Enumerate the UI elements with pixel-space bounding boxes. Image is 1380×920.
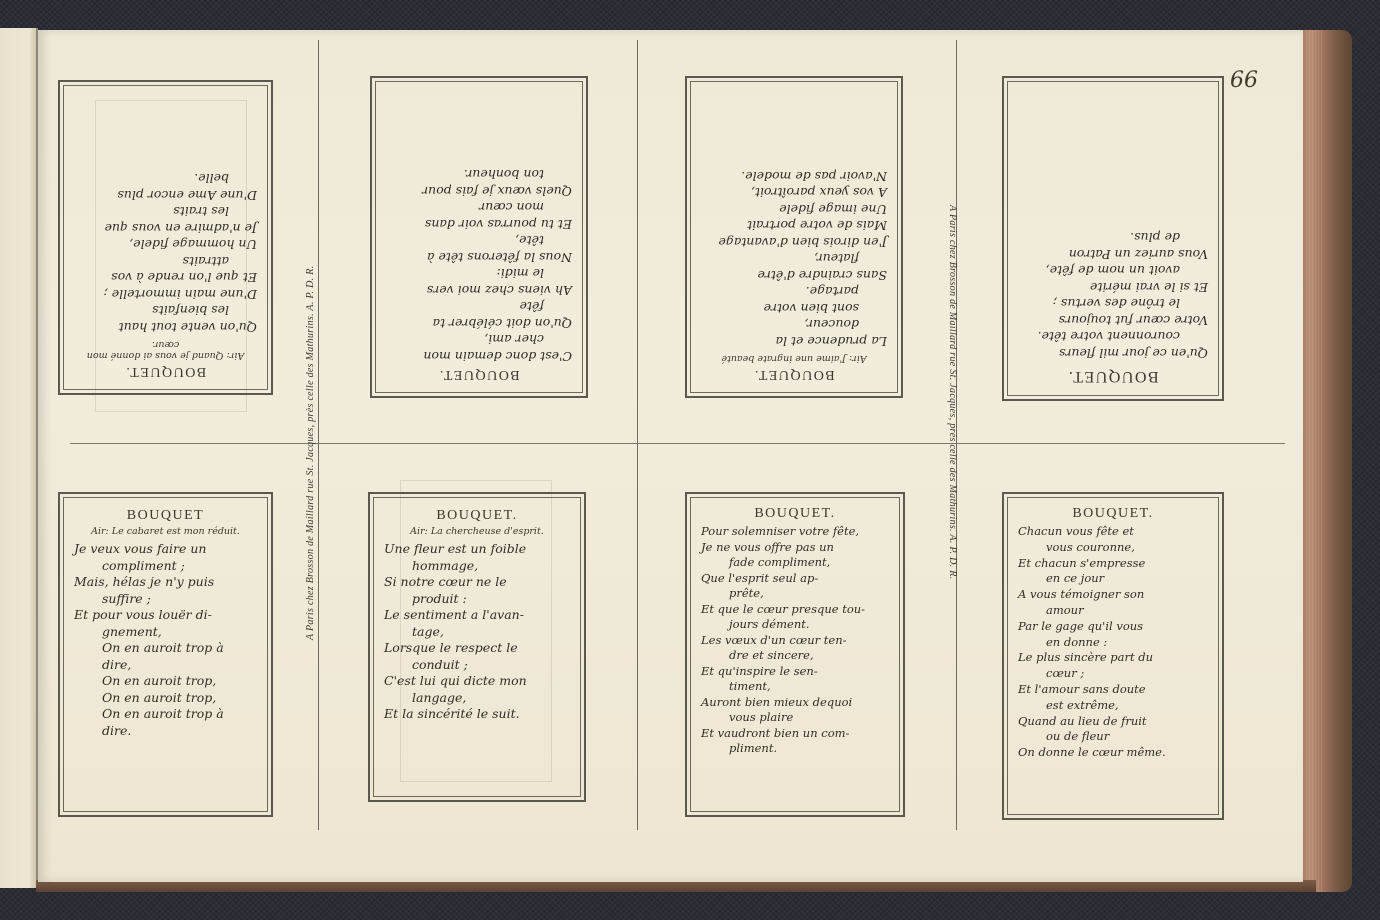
verse-line: Si notre cœur ne le [384,574,570,591]
verse-line: de plus. [1018,229,1208,246]
card-air: Air: Quand je vous ai donné mon cœur. [74,339,257,361]
verse-line: Qu'en ce jour mil fleurs [1018,345,1208,362]
divider-line [637,40,638,830]
bouquet-card-top-4: BOUQUET. Qu'en ce jour mil fleurs couron… [1002,76,1224,401]
verse-line: couronnent votre tête. [1018,328,1208,345]
verse-line: en donne : [1018,635,1208,651]
verse-line: On en auroit trop, [74,690,257,707]
verse-line: ton bonheur. [386,166,572,183]
verse-line: Mais, hélas je n'y puis [74,574,257,591]
verse-line: La prudence et la [701,333,887,350]
verse-line: dre et sincere, [701,648,889,664]
verse-line: Nous la fêterons tête à [386,249,572,266]
verse-line: Qu'on doit célébrer ta [386,315,572,332]
verse-line: partage. [701,283,887,300]
verse-line: cœur ; [1018,666,1208,682]
verse-line: Et qu'inspire le sen- [701,664,889,680]
verse-line: On en auroit trop, [74,673,257,690]
verse-line: dire. [74,723,257,740]
verse-line: Une fleur est un foible [384,541,570,558]
card-air: Air: J'aime une ingrate beauté [701,353,887,364]
verse-line: est extrême, [1018,698,1208,714]
verse-line: A vos yeux paroîtroit, [701,184,887,201]
verse-line: timent, [701,679,889,695]
verse-line: Sans craindre d'être [701,267,887,284]
verse-line: tête, [386,232,572,249]
verse-line: Et tu pourras voir dans [386,216,572,233]
verse-line: ou de fleur [1018,729,1208,745]
verse-line: Le sentiment a l'avan- [384,607,570,624]
verse-line: Et que l'on rende à vos [74,269,257,286]
verse-line: le trône des vertus ; [1018,295,1208,312]
verse-line: On en auroit trop à [74,640,257,657]
card-title: BOUQUET. [384,508,570,524]
verse-line: Et l'amour sans doute [1018,682,1208,698]
bouquet-card-bottom-1: BOUQUET Air: Le cabaret est mon réduit. … [58,492,273,817]
verse-line: Les vœux d'un cœur ten- [701,633,889,649]
verse-line: mon cœur [386,199,572,216]
verse-line: Votre cœur fut toujours [1018,312,1208,329]
verse-line: D'une main immortelle ; [74,286,257,303]
verse-line: sont bien votre [701,300,887,317]
verse-line: prête, [701,586,889,602]
verse-line: dire, [74,657,257,674]
verse-line: Et vaudront bien un com- [701,726,889,742]
publisher-imprint-right: A Paris chez Brosson de Maillard rue St.… [947,205,958,580]
verse-line: gnement, [74,624,257,641]
verse-line: amour [1018,603,1208,619]
verse-line: belle. [74,170,257,187]
card-title: BOUQUET. [701,366,887,382]
verse-line: attraits [74,253,257,270]
verse-line: Je ne vous offre pas un [701,540,889,556]
verse-line: Mais de votre portrait [701,217,887,234]
card-title: BOUQUET [74,508,257,524]
verse-line: Que l'esprit seul ap- [701,571,889,587]
verse-line: Je n'admire en vous que [74,220,257,237]
verse-line: langage, [384,690,570,707]
card-air: Air: La chercheuse d'esprit. [384,526,570,537]
verse-line: Auront bien mieux dequoi [701,695,889,711]
verse-line: Vous auriez un Patron [1018,246,1208,263]
divider-line [318,40,319,830]
verse-line: flateur, [701,250,887,267]
verse-line: Chacun vous fête et [1018,524,1208,540]
book-fore-edge [1300,30,1352,892]
bouquet-card-bottom-2: BOUQUET. Air: La chercheuse d'esprit. Un… [368,492,586,802]
verse-line: Je veux vous faire un [74,541,257,558]
verse-line: Par le gage qu'il vous [1018,619,1208,635]
verse-line: jours dément. [701,617,889,633]
page-number: 66 [1230,68,1258,93]
bouquet-card-top-3: BOUQUET. Air: J'aime une ingrate beauté … [685,76,903,398]
verse-line: C'est lui qui dicte mon [384,673,570,690]
verse-line: Qu'on vente tout haut [74,319,257,336]
verse-line: Le plus sincère part du [1018,650,1208,666]
verse-line: N'avoir pas de modele. [701,168,887,185]
verse-line: Et chacun s'empresse [1018,556,1208,572]
verse-line: C'est donc demain mon [386,348,572,365]
verse-line: tage, [384,624,570,641]
verse-line: Pour solemniser votre fête, [701,524,889,540]
verse-line: Et si le vrai mérite [1018,279,1208,296]
verse-line: On en auroit trop à [74,706,257,723]
verse-line: douceur, [701,316,887,333]
verse-line: produit : [384,591,570,608]
verse-line: hommage, [384,558,570,575]
verse-line: Quand au lieu de fruit [1018,714,1208,730]
verse-line: les bienfaits [74,302,257,319]
card-title: BOUQUET. [701,506,889,522]
publisher-imprint-left: A Paris chez Brosson de Maillard rue St.… [305,266,316,641]
card-air: Air: Le cabaret est mon réduit. [74,526,257,537]
verse-line: en ce jour [1018,571,1208,587]
verse-line: Une image fidele [701,201,887,218]
bouquet-card-bottom-4: BOUQUET. Chacun vous fête et vous couron… [1002,492,1224,820]
verse-line: A vous témoigner son [1018,587,1208,603]
verse-line: fade compliment, [701,555,889,571]
verse-line: J'en dirois bien d'avantage [701,234,887,251]
verse-line: pliment. [701,741,889,757]
verse-line: Un hommage fidele, [74,236,257,253]
card-title: BOUQUET. [1018,367,1208,385]
verse-line: D'une Ame encor plus [74,187,257,204]
verse-line: vous couronne, [1018,540,1208,556]
verse-line: Et la sincérité le suit. [384,706,570,723]
verse-line: fête [386,298,572,315]
card-title: BOUQUET. [1018,506,1208,522]
divider-line [70,443,1285,444]
verse-line: On donne le cœur même. [1018,745,1208,761]
verse-line: Ah viens chez moi vers [386,282,572,299]
verse-line: les traits [74,203,257,220]
verse-line: Et que le cœur presque tou- [701,602,889,618]
verse-line: Et pour vous louër di- [74,607,257,624]
verse-line: vous plaire [701,710,889,726]
verse-line: avoit un nom de fête, [1018,262,1208,279]
verse-line: Quels vœux je fais pour [386,183,572,200]
bouquet-card-bottom-3: BOUQUET. Pour solemniser votre fête, Je … [685,492,905,817]
card-title: BOUQUET. [386,366,572,382]
facing-page-edge [0,28,38,888]
bouquet-card-top-2: BOUQUET. C'est donc demain mon cher ami,… [370,76,588,398]
verse-line: suffire ; [74,591,257,608]
bouquet-card-top-1: BOUQUET. Air: Quand je vous ai donné mon… [58,80,273,395]
verse-line: conduit ; [384,657,570,674]
verse-line: Lorsque le respect le [384,640,570,657]
card-title: BOUQUET. [74,363,257,379]
verse-line: cher ami, [386,331,572,348]
verse-line: le midi: [386,265,572,282]
verse-line: compliment ; [74,558,257,575]
